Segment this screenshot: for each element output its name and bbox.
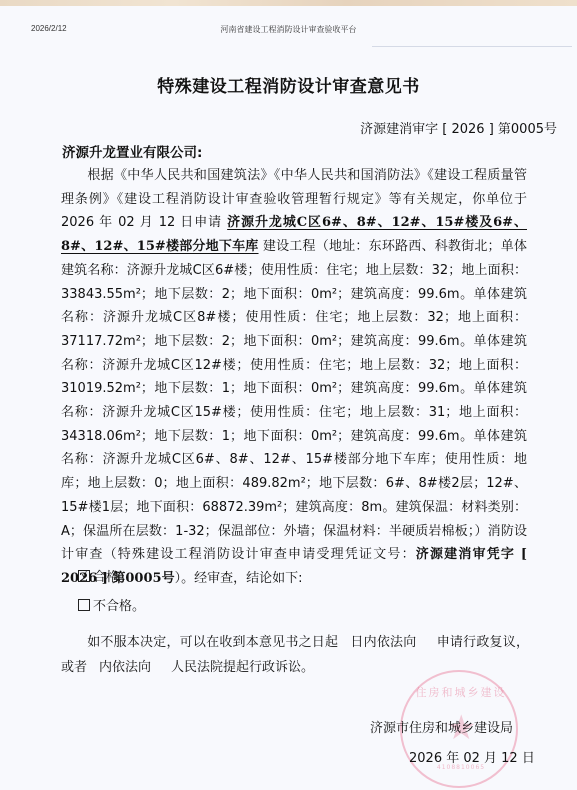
platform-name: 河南省建设工程消防设计审查验收平台	[0, 24, 577, 35]
option-pass: √ 合格。	[78, 566, 132, 585]
checked-box-icon: √	[78, 570, 90, 582]
body-paragraph: 根据《中华人民共和国建筑法》《中华人民共和国消防法》《建设工程质量管理条例》《建…	[61, 164, 527, 591]
header-divider	[372, 46, 572, 47]
issuer: 济源市住房和城乡建设局	[370, 717, 513, 736]
appeal-text-2: 日内依法向	[350, 635, 416, 650]
appeal-text-1: 如不服本决定，可以在收到本意见书之日起	[87, 635, 338, 650]
seal-top-text: 住房和城乡建设	[412, 684, 510, 700]
option-fail-label: 不合格。	[93, 595, 145, 614]
option-fail: 不合格。	[78, 595, 145, 614]
document-number: 济源建消审字 [ 2026 ] 第0005号	[360, 118, 557, 137]
addressee: 济源升龙置业有限公司:	[62, 141, 202, 161]
unchecked-box-icon	[78, 599, 90, 611]
body-text-c: ）。经审查，结论如下:	[175, 571, 303, 586]
option-pass-label: 合格。	[93, 566, 132, 585]
appeal-text-4: 内依法向	[99, 660, 151, 675]
appeal-text-5: 人民法院提起行政诉讼。	[171, 660, 314, 675]
document-page: 2026/2/12 河南省建设工程消防设计审查验收平台 特殊建设工程消防设计审查…	[0, 6, 577, 790]
issue-date: 2026 年 02 月 12 日	[409, 747, 535, 766]
document-title: 特殊建设工程消防设计审查意见书	[0, 72, 577, 97]
body-text-b: 建设工程（地址：东环路西、科教街北；单体建筑名称：济源升龙城C区6#楼；使用性质…	[61, 239, 527, 562]
